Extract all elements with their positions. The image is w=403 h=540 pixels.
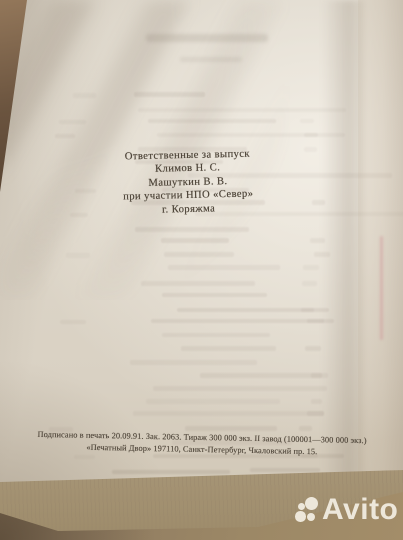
- avito-watermark-label: Avito: [322, 493, 398, 527]
- avito-logo-circle: [295, 511, 306, 522]
- show-through-footline: [250, 468, 320, 472]
- show-through-heading: [146, 34, 268, 42]
- avito-logo-circle: [305, 497, 318, 510]
- book-photo: Ответственные за выпуск Климов Н. С. Маш…: [0, 0, 403, 540]
- avito-logo-circle: [307, 513, 315, 521]
- avito-logo-icon: [294, 497, 320, 525]
- book-page: [0, 0, 403, 540]
- show-through-footline: [112, 470, 230, 474]
- show-through-rule: [180, 57, 242, 62]
- avito-watermark: Avito: [292, 494, 400, 536]
- pink-ribbon-mark: [380, 236, 383, 340]
- avito-logo-circle: [298, 503, 305, 510]
- credits-block: Ответственные за выпуск Климов Н. С. Маш…: [87, 147, 288, 219]
